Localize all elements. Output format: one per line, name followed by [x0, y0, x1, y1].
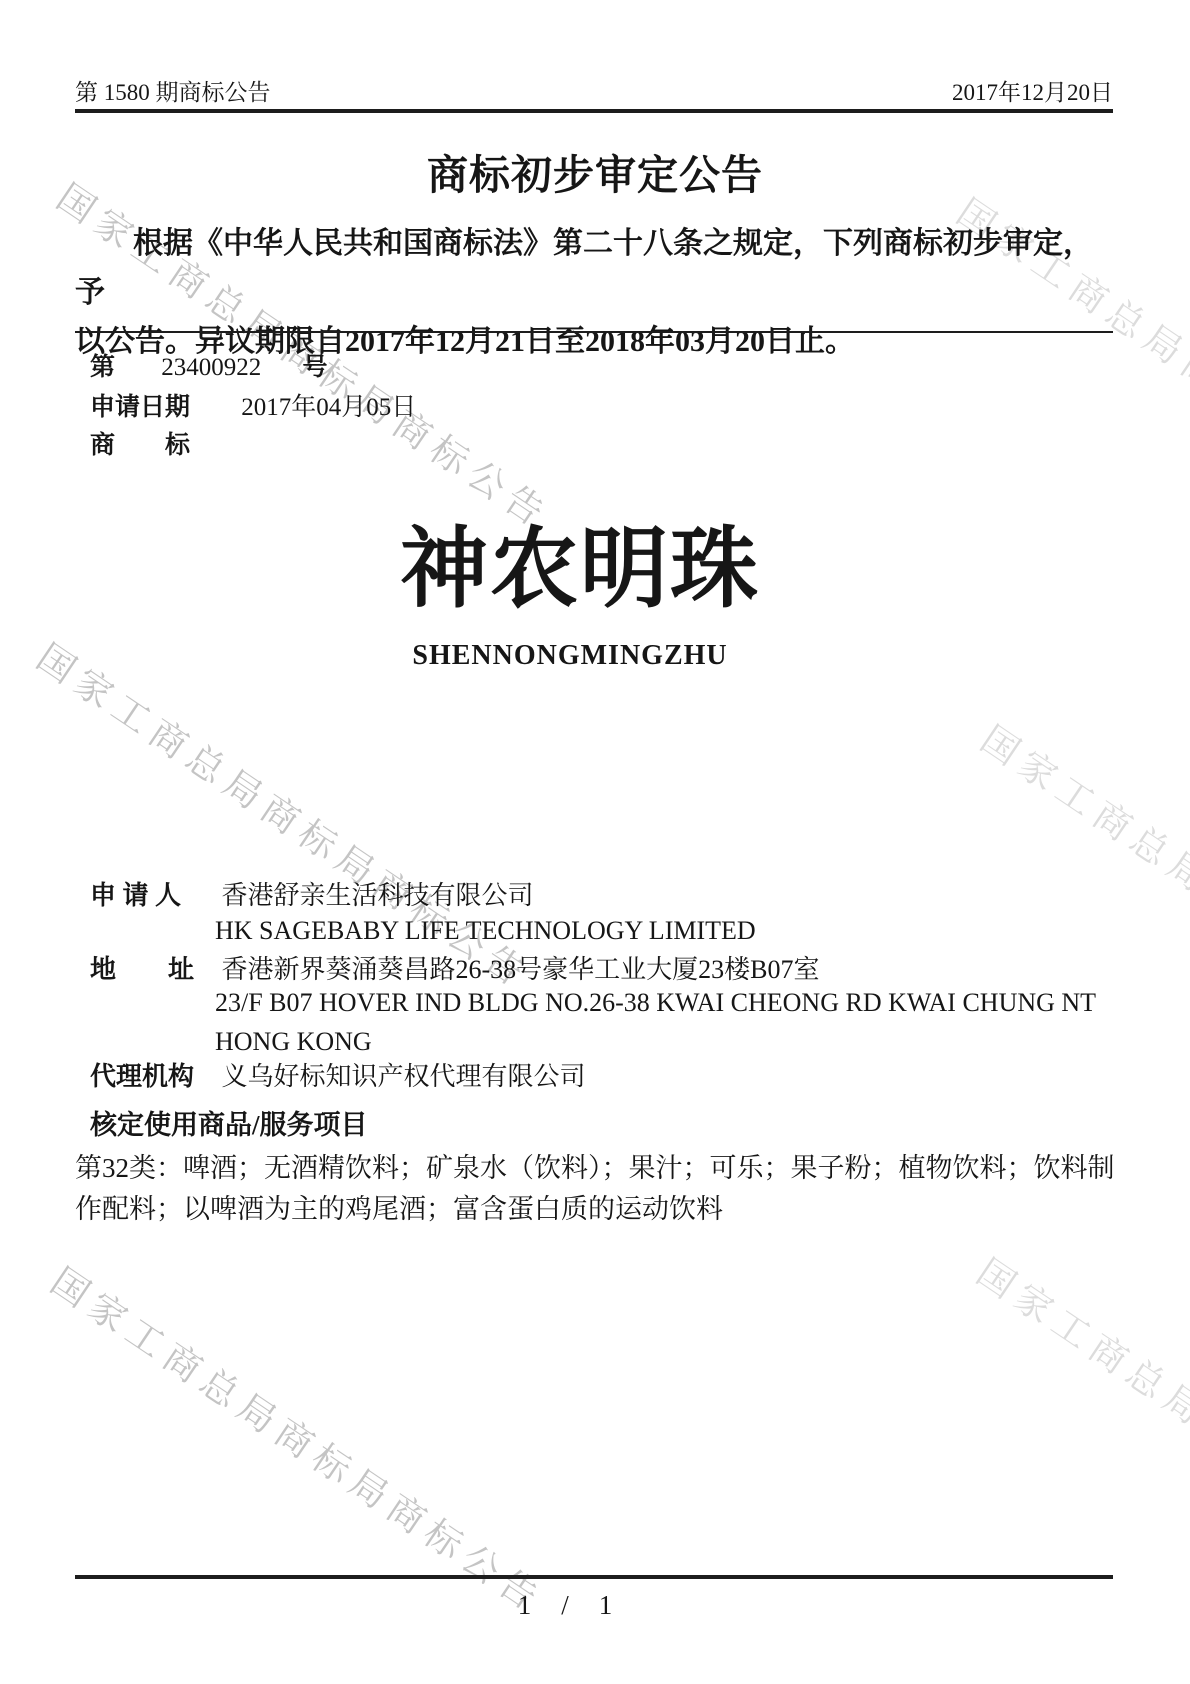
header-divider [75, 109, 1113, 113]
applicant-name-en: HK SAGEBABY LIFE TECHNOLOGY LIMITED [215, 916, 756, 946]
watermark-text: 国家工商总局商标局商标公告 [42, 1252, 557, 1624]
section-divider [75, 331, 1113, 333]
footer-divider [75, 1575, 1113, 1579]
watermark-text: 国家工商总局商标局商标公告 [972, 710, 1190, 1082]
page-separator: / [561, 1590, 569, 1620]
watermark-text: 国家工商总局商标局商标公告 [968, 1243, 1190, 1615]
application-date-value: 2017年04月05日 [241, 394, 416, 421]
application-date-label: 申请日期 [90, 387, 190, 423]
goods-heading: 核定使用商品/服务项目 [90, 1103, 368, 1142]
agent-row: 代理机构 义乌好标知识产权代理有限公司 [90, 1056, 586, 1093]
footer-page-indicator: 1/1 [0, 1590, 1130, 1621]
trademark-image-en: SHENNONGMINGZHU [0, 640, 1140, 672]
applicant-label: 申 请 人 [90, 875, 215, 912]
page-title: 商标初步审定公告 [0, 142, 1190, 201]
address-cn: 香港新界葵涌葵昌路26-38号豪华工业大厦23楼B07室 [222, 955, 820, 984]
intro-line-1: 根据《中华人民共和国商标法》第二十八条之规定，下列商标初步审定，予 [75, 219, 1117, 317]
mark-label: 商 标 [90, 432, 190, 459]
agent-label: 代理机构 [90, 1056, 215, 1093]
application-number-row: 第 23400922 号 [90, 347, 328, 383]
address-en-line1: 23/F B07 HOVER IND BLDG NO.26-38 KWAI CH… [215, 988, 1096, 1018]
trademark-gazette-page: 国家工商总局商标局商标公告 国家工商总局商标局商标公告 国家工商总局商标局商标公… [0, 0, 1190, 1684]
application-number: 23400922 [161, 354, 261, 381]
header-date: 2017年12月20日 [952, 74, 1113, 107]
application-date-row: 申请日期 2017年04月05日 [90, 387, 416, 423]
applicant-name-cn: 香港舒亲生活科技有限公司 [222, 881, 534, 910]
address-en-line2: HONG KONG [215, 1027, 372, 1057]
address-label: 地 址 [90, 949, 215, 986]
agent-name: 义乌好标知识产权代理有限公司 [222, 1062, 586, 1091]
address-row: 地 址 香港新界葵涌葵昌路26-38号豪华工业大厦23楼B07室 [90, 949, 820, 986]
header-issue-number: 第 1580 期商标公告 [75, 74, 271, 107]
current-page: 1 [518, 1590, 532, 1620]
number-prefix-label: 第 [90, 354, 115, 381]
trademark-image-cn: 神农明珠 [0, 518, 1160, 624]
mark-label-row: 商 标 [90, 425, 190, 461]
goods-list: 第32类：啤酒；无酒精饮料；矿泉水（饮料）；果汁；可乐；果子粉；植物饮料；饮料制… [75, 1148, 1117, 1230]
intro-paragraph: 根据《中华人民共和国商标法》第二十八条之规定，下列商标初步审定，予 以公告。异议… [75, 219, 1117, 366]
applicant-row: 申 请 人 香港舒亲生活科技有限公司 [90, 875, 534, 912]
number-suffix-label: 号 [303, 354, 328, 381]
total-pages: 1 [599, 1590, 613, 1620]
